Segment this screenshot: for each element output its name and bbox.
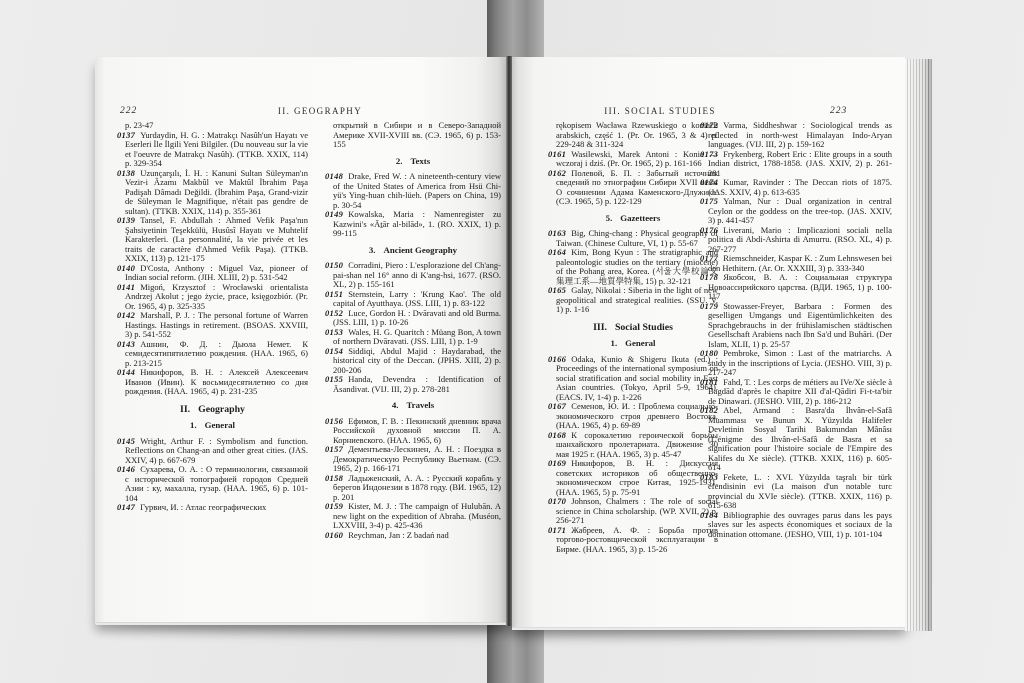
bib-entry-0178: 0178Якобсон, В. А. : Социальная структур… — [700, 273, 892, 302]
entry-text: Wright, Arthur F. : Symbolism and functi… — [125, 436, 308, 465]
bib-entry-0165: 0165Galay, Nikolai : Siberia in the ligh… — [548, 286, 718, 315]
entry-number: 0145 — [117, 436, 135, 446]
bib-entry-0143: 0143Ашнин, Ф. Д. : Дьюла Немет. К семиде… — [117, 340, 308, 369]
subsection-heading-texts: 2.Texts — [325, 157, 501, 167]
entry-number: 0157 — [325, 444, 343, 454]
entry-number: 0178 — [700, 272, 718, 282]
entry-number: 0139 — [117, 215, 135, 225]
entry-text: Big, Ching-chang : Physical geography of… — [556, 228, 718, 248]
heading-number: III. — [593, 322, 607, 333]
entry-number: 0142 — [117, 310, 135, 320]
bib-entry-0169: 0169Никифоров, В. Н. : Дискуссия советск… — [548, 459, 718, 497]
entry-number: 0152 — [325, 308, 343, 318]
entry-number: 0140 — [117, 263, 135, 273]
entry-number: 0156 — [325, 416, 343, 426]
running-header-right: III. SOCIAL STUDIES — [520, 106, 800, 116]
entry-number: 0166 — [548, 354, 566, 364]
heading-number: 2. — [396, 156, 403, 166]
bib-entry-0139: 0139Tansel, F. Abdullah : Ahmed Vefik Pa… — [117, 216, 308, 264]
entry-number: 0141 — [117, 282, 135, 292]
bib-entry-0153: 0153Wales, H. G. Quaritch : Müang Bon, A… — [325, 328, 501, 347]
entry-number: 0150 — [325, 260, 343, 270]
entry-number: 0171 — [548, 525, 566, 535]
bib-entry-0160: 0160Reychman, Jan : Z badań nad — [325, 531, 501, 541]
entry-number: 0168 — [548, 430, 566, 440]
bib-entry-0184: 0184Bibliographie des ouvrages parus dan… — [700, 511, 892, 540]
entry-text: К сорокалетию героической борьбы шанхайс… — [556, 430, 718, 459]
bib-entry-0168: 0168К сорокалетию героической борьбы шан… — [548, 431, 718, 460]
entry-number: 0159 — [325, 501, 343, 511]
entry-text: Сухарева, О. А. : О терминологии, связан… — [125, 464, 308, 503]
entry-text: Drake, Fred W. : A nineteenth-century vi… — [333, 171, 501, 210]
entry-text: Johnson, Chalmers : The role of social s… — [556, 496, 718, 525]
entry-text: Odaka, Kunio & Shigeru Ikuta (ed.) : Pro… — [556, 354, 718, 402]
bib-entry-0154: 0154Siddiqi, Abdul Majid : Haydarabad, t… — [325, 347, 501, 376]
bib-entry-0175: 0175Yalman, Nur : Dual organization in c… — [700, 197, 892, 226]
entry-text: Полевой, Б. П. : Забытый источник сведен… — [556, 168, 718, 207]
heading-number: 5. — [606, 213, 613, 223]
page-number-left: 222 — [120, 106, 137, 116]
subsection-heading-general: 1.General — [548, 339, 718, 349]
book-spine-gutter — [506, 56, 512, 626]
entry-text: Никифоров, В. Н. : Алексей Алексеевич Ив… — [125, 367, 308, 396]
bib-entry-0182: 0182Abel, Armand : Basra'da İhvân-el-Saf… — [700, 406, 892, 473]
bib-entry-0163: 0163Big, Ching-chang : Physical geograph… — [548, 229, 718, 248]
bib-entry-0148: 0148Drake, Fred W. : A nineteenth-centur… — [325, 172, 501, 210]
entry-continuation-text: rękopisem Wacława Rzewuskiego o koniach … — [548, 121, 718, 150]
entry-number: 0167 — [548, 401, 566, 411]
bib-entry-0138: 0138Uzunçarşılı, İ. H. : Kanuni Sultan S… — [117, 169, 308, 217]
entry-text: Riemschneider, Kaspar K. : Zum Lehnswese… — [708, 253, 892, 273]
entry-text: Yurdaydin, H. G. : Matrakçı Nasûh'un Hay… — [125, 130, 308, 169]
page-number-right: 223 — [830, 106, 847, 116]
bib-entry-0142: 0142Marshall, P. J. : The personal fortu… — [117, 311, 308, 340]
right-page-column-1: rękopisem Wacława Rzewuskiego o koniach … — [548, 121, 718, 554]
bib-entry-0158: 0158Ладыженский, А. А. : Русский корабль… — [325, 474, 501, 503]
entry-number: 0137 — [117, 130, 135, 140]
entry-text: Kister, M. J. : The campaign of Hulubān.… — [333, 501, 501, 530]
heading-label: Travels — [406, 400, 434, 410]
entry-number: 0149 — [325, 209, 343, 219]
entry-text: Frykenberg, Robert Eric : Elite groups i… — [708, 149, 892, 178]
subsection-heading-travels: 4.Travels — [325, 401, 501, 411]
entry-text: Galay, Nikolai : Siberia in the light of… — [556, 285, 718, 314]
bib-entry-0183: 0183Fekete, L. : XVI. Yüzyılda taşralı b… — [700, 473, 892, 511]
entry-number: 0161 — [548, 149, 566, 159]
entry-text: Reychman, Jan : Z badań nad — [348, 530, 449, 540]
right-page-column-2: 0172Varma, Siddheshwar : Sociological tr… — [700, 121, 892, 539]
heading-label: Texts — [410, 156, 430, 166]
entry-text: Kumar, Ravinder : The Deccan riots of 18… — [708, 177, 892, 197]
entry-text: Abel, Armand : Basra'da İhvân-el-Safâ Mu… — [708, 405, 892, 472]
heading-label: General — [205, 420, 235, 430]
bib-entry-0174: 0174Kumar, Ravinder : The Deccan riots o… — [700, 178, 892, 197]
entry-number: 0155 — [325, 374, 343, 384]
entry-text: D'Costa, Anthony : Miguel Vaz, pioneer o… — [125, 263, 308, 283]
bib-entry-0171: 0171Жабреев, А. Ф. : Борьба против торго… — [548, 526, 718, 555]
entry-text: Liverani, Mario : Implicazioni sociali n… — [708, 225, 892, 254]
heading-number: 3. — [369, 245, 376, 255]
entry-number: 0173 — [700, 149, 718, 159]
bib-entry-0155: 0155Handa, Devendra : Identification of … — [325, 375, 501, 394]
photo-of-open-book: { "photo": { "background_color": "#e9e9e… — [0, 0, 1024, 683]
bib-entry-0161: 0161Wasilewski, Marek Antoni : Konia —wc… — [548, 150, 718, 169]
bib-entry-0150: 0150Corradini, Piero : L'esplorazione de… — [325, 261, 501, 290]
entry-number: 0177 — [700, 253, 718, 263]
entry-number: 0151 — [325, 289, 343, 299]
subsection-heading-gazetteers: 5.Gazetteers — [548, 214, 718, 224]
entry-number: 0153 — [325, 327, 343, 337]
entry-number: 0184 — [700, 510, 718, 520]
running-header-left: II. GEOGRAPHY — [180, 106, 460, 116]
entry-number: 0148 — [325, 171, 343, 181]
entry-text: Siddiqi, Abdul Majid : Haydarabad, the h… — [333, 346, 501, 375]
heading-label: Gazetteers — [620, 213, 660, 223]
bib-entry-0151: 0151Sternstein, Larry : 'Krung Kao'. The… — [325, 290, 501, 309]
entry-text: Kowalska, Maria : Namenregister zu Kazwi… — [333, 209, 501, 238]
entry-text: Handa, Devendra : Identification of Āsan… — [333, 374, 501, 394]
bib-entry-0147: 0147Гурвич, И. : Атлас географических — [117, 503, 308, 513]
bib-entry-0146: 0146Сухарева, О. А. : О терминологии, св… — [117, 465, 308, 503]
heading-label: Geography — [198, 404, 245, 415]
section-heading-geography: II.Geography — [117, 405, 308, 415]
entry-number: 0182 — [700, 405, 718, 415]
entry-text: Tansel, F. Abdullah : Ahmed Vefik Paşa'n… — [125, 215, 308, 263]
entry-text: Kim, Bong Kyun : The stratigraphic and p… — [556, 247, 718, 286]
entry-number: 0154 — [325, 346, 343, 356]
book-stand-post-top — [487, 0, 544, 58]
bib-entry-0176: 0176Liverani, Mario : Implicazioni socia… — [700, 226, 892, 255]
entry-number: 0174 — [700, 177, 718, 187]
section-heading-social-studies: III.Social Studies — [548, 323, 718, 333]
heading-label: Social Studies — [615, 322, 673, 333]
left-page-column-1: p. 23-470137Yurdaydin, H. G. : Matrakçı … — [117, 121, 308, 513]
bib-entry-0140: 0140D'Costa, Anthony : Miguel Vaz, pione… — [117, 264, 308, 283]
heading-label: Ancient Geography — [384, 245, 458, 255]
entry-text: Fekete, L. : XVI. Yüzyılda taşralı bir t… — [708, 472, 892, 511]
entry-text: Bibliographie des ouvrages parus dans le… — [708, 510, 892, 539]
entry-number: 0143 — [117, 339, 135, 349]
entry-text: Гурвич, И. : Атлас географических — [140, 502, 266, 512]
entry-text: Ефимов, Г. В. : Пекинский дневник врача … — [333, 416, 501, 445]
entry-text: Sternstein, Larry : 'Krung Kao'. The old… — [333, 289, 501, 309]
entry-number: 0164 — [548, 247, 566, 257]
subsection-heading-ancient-geography: 3.Ancient Geography — [325, 246, 501, 256]
entry-number: 0180 — [700, 348, 718, 358]
bib-entry-0172: 0172Varma, Siddheshwar : Sociological tr… — [700, 121, 892, 150]
entry-number: 0146 — [117, 464, 135, 474]
entry-text: Marshall, P. J. : The personal fortune o… — [125, 310, 308, 339]
left-page-column-2: открытий в Сибири и в Северо-Западной Ам… — [325, 121, 501, 540]
entry-number: 0169 — [548, 458, 566, 468]
entry-text: Ладыженский, А. А. : Русский корабль у б… — [333, 473, 501, 502]
heading-number: II. — [180, 404, 190, 415]
entry-number: 0138 — [117, 168, 135, 178]
entry-text: Никифоров, В. Н. : Дискуссия советских и… — [556, 458, 718, 497]
entry-text: Wales, H. G. Quaritch : Müang Bon, A tow… — [333, 327, 501, 347]
heading-label: General — [625, 338, 655, 348]
entry-number: 0179 — [700, 301, 718, 311]
entry-text: Stowasser-Freyer, Barbara : Formen des g… — [708, 301, 892, 349]
entry-number: 0165 — [548, 285, 566, 295]
bib-entry-0162: 0162Полевой, Б. П. : Забытый источник св… — [548, 169, 718, 207]
entry-text: Yalman, Nur : Dual organization in centr… — [708, 196, 892, 225]
subsection-heading-general: 1.General — [117, 421, 308, 431]
entry-number: 0162 — [548, 168, 566, 178]
entry-number: 0172 — [700, 120, 718, 130]
heading-number: 1. — [190, 420, 197, 430]
bib-entry-0137: 0137Yurdaydin, H. G. : Matrakçı Nasûh'un… — [117, 131, 308, 169]
bib-entry-0173: 0173Frykenberg, Robert Eric : Elite grou… — [700, 150, 892, 179]
bib-entry-0152: 0152Luce, Gordon H. : Dvāravati and old … — [325, 309, 501, 328]
bib-entry-0164: 0164Kim, Bong Kyun : The stratigraphic a… — [548, 248, 718, 286]
bib-entry-0144: 0144Никифоров, В. Н. : Алексей Алексееви… — [117, 368, 308, 397]
bib-entry-0157: 0157Дементьева-Лескинен, А. Н. : Поездка… — [325, 445, 501, 474]
entry-number: 0183 — [700, 472, 718, 482]
entry-text: Luce, Gordon H. : Dvāravati and old Burm… — [333, 308, 501, 328]
entry-text: Семенов, Ю. И. : Проблема социально-экон… — [556, 401, 718, 430]
heading-number: 4. — [392, 400, 399, 410]
entry-text: Corradini, Piero : L'esplorazione del Ch… — [333, 260, 501, 289]
entry-number: 0170 — [548, 496, 566, 506]
bib-entry-0166: 0166Odaka, Kunio & Shigeru Ikuta (ed.) :… — [548, 355, 718, 403]
bib-entry-0181: 0181Fahd, T. : Les corps de métiers au I… — [700, 378, 892, 407]
bib-entry-0177: 0177Riemschneider, Kaspar K. : Zum Lehns… — [700, 254, 892, 273]
entry-text: Ашнин, Ф. Д. : Дьюла Немет. К семидесяти… — [125, 339, 308, 368]
entry-continuation-text: открытий в Сибири и в Северо-Западной Ам… — [325, 121, 501, 150]
entry-number: 0147 — [117, 502, 135, 512]
bib-entry-0159: 0159Kister, M. J. : The campaign of Hulu… — [325, 502, 501, 531]
entry-text: Жабреев, А. Ф. : Борьба против торгово-р… — [556, 525, 718, 554]
bib-entry-0145: 0145Wright, Arthur F. : Symbolism and fu… — [117, 437, 308, 466]
entry-number: 0158 — [325, 473, 343, 483]
bib-entry-0180: 0180Pembroke, Simon : Last of the matria… — [700, 349, 892, 378]
entry-text: Uzunçarşılı, İ. H. : Kanuni Sultan Süley… — [125, 168, 308, 216]
entry-text: Pembroke, Simon : Last of the matriarchs… — [708, 348, 892, 377]
entry-text: Wasilewski, Marek Antoni : Konia —wczora… — [556, 149, 718, 169]
heading-number: 1. — [611, 338, 618, 348]
entry-number: 0181 — [700, 377, 718, 387]
fore-edge-page-stack — [905, 59, 932, 631]
bib-entry-0167: 0167Семенов, Ю. И. : Проблема социально-… — [548, 402, 718, 431]
bib-entry-0141: 0141Migoń, Krzysztof : Wrocławski orient… — [117, 283, 308, 312]
entry-number: 0144 — [117, 367, 135, 377]
entry-number: 0176 — [700, 225, 718, 235]
bib-entry-0179: 0179Stowasser-Freyer, Barbara : Formen d… — [700, 302, 892, 350]
entry-number: 0163 — [548, 228, 566, 238]
entry-text: Varma, Siddheshwar : Sociological trends… — [708, 120, 892, 149]
entry-text: Якобсон, В. А. : Социальная структура Но… — [708, 272, 892, 301]
bib-entry-0149: 0149Kowalska, Maria : Namenregister zu K… — [325, 210, 501, 239]
entry-text: Migoń, Krzysztof : Wrocławski orientalis… — [125, 282, 308, 311]
entry-text: Дементьева-Лескинен, А. Н. : Поездка в Д… — [333, 444, 501, 473]
bib-entry-0156: 0156Ефимов, Г. В. : Пекинский дневник вр… — [325, 417, 501, 446]
entry-number: 0160 — [325, 530, 343, 540]
entry-text: Fahd, T. : Les corps de métiers au IVe/X… — [708, 377, 892, 406]
entry-number: 0175 — [700, 196, 718, 206]
bib-entry-0170: 0170Johnson, Chalmers : The role of soci… — [548, 497, 718, 526]
